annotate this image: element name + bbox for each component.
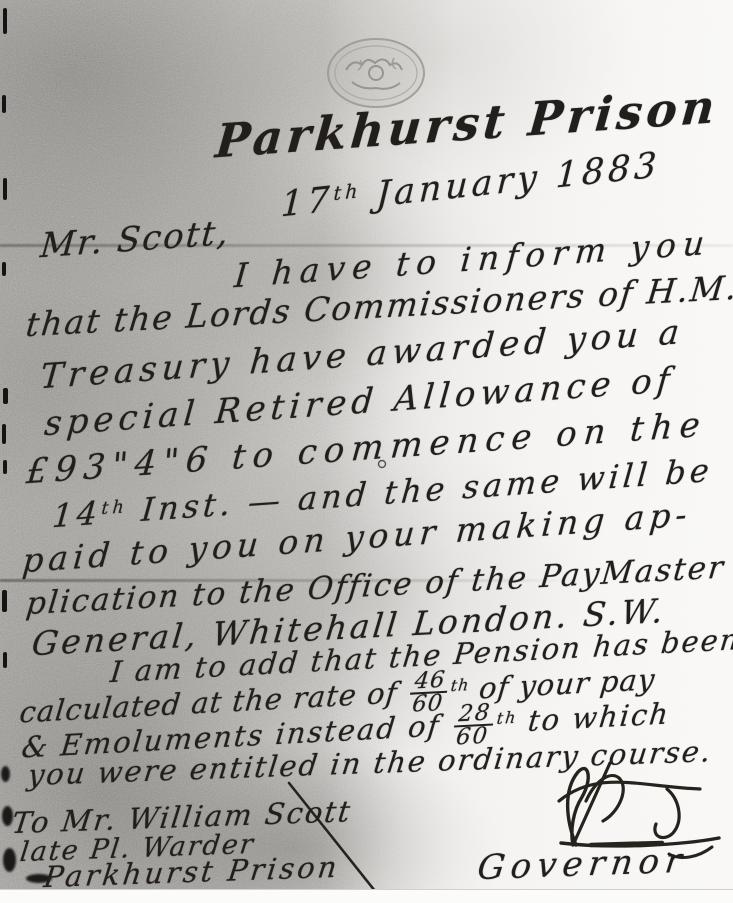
inst-ordinal: th bbox=[101, 497, 129, 519]
date-ordinal: th bbox=[333, 179, 362, 205]
scanned-letter-page: Parkhurst Prison 17th January 1883 Mr. S… bbox=[0, 0, 733, 903]
ink-blot bbox=[3, 848, 16, 872]
signature-title: Governor bbox=[475, 843, 689, 888]
scanner-bed-margin bbox=[0, 889, 733, 903]
ink-blot bbox=[1, 766, 10, 782]
